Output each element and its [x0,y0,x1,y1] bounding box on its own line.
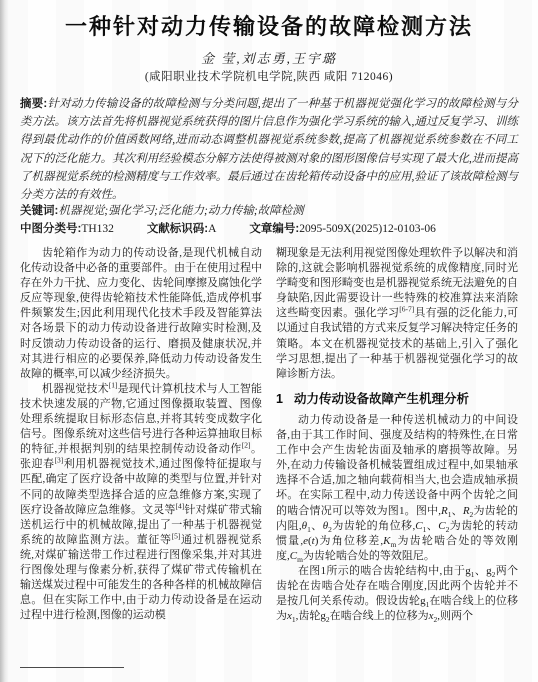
article-id-value: 2095-509X(2025)12-0103-06 [299,223,436,235]
abstract-text: 针对动力传输设备的故障检测与分类问题,提出了一种基于机器视觉强化学习的故障检测与… [20,98,518,201]
abstract-label: 摘要: [20,98,47,110]
footnote-rule [20,667,124,668]
section-1-heading: 1动力传动设备故障产生机理分析 [276,392,518,407]
affiliation-line: (咸阳职业技术学院机电学院,陕西 咸阳 712046) [20,68,518,84]
paragraph-intro: 齿轮箱作为动力的传动设备,是现代机械自动化传动设备中必备的重要部件。由于在使用过… [20,246,262,382]
doc-code-value: A [208,223,216,235]
clc-group: 中图分类号:TH132 [20,223,114,235]
paragraph-blur-continuation: 糊现象是无法利用视觉图像处理软件予以解决和消除的,这就会影响机器视觉系统的成像精… [276,246,518,382]
abstract-block: 摘要:针对动力传输设备的故障检测与分类问题,提出了一种基于机器视觉强化学习的故障… [20,95,518,204]
article-title: 一种针对动力传输设备的故障检测方法 [20,10,518,41]
clc-label: 中图分类号: [20,223,81,235]
article-id-group: 文章编号:2095-509X(2025)12-0103-06 [249,223,436,235]
authors-line: 金 莹,刘志勇,王宇璐 [20,48,518,67]
body-right-column: 糊现象是无法利用视觉图像处理软件予以解决和消除的,这就会影响机器视觉系统的成像精… [276,246,518,668]
keywords-block: 关键词:机器视觉;强化学习;泛化能力;动力传输;故障检测 [20,203,518,220]
paragraph-meshing: 在图1所示的啮合齿轮结构中,由于g1、g2两个齿轮在齿啮合处存在啮合刚度,因此两… [276,564,518,624]
body-left-column: 齿轮箱作为动力的传动设备,是现代机械自动化传动设备中必备的重要部件。由于在使用过… [20,246,262,668]
paper-page: 一种针对动力传输设备的故障检测方法 金 莹,刘志勇,王宇璐 (咸阳职业技术学院机… [0,0,538,682]
keywords-label: 关键词: [20,205,58,217]
paragraph-machine-vision: 机器视觉技术[1]是现代计算机技术与人工智能技术快速发展的产物,它通过图像摄取装… [20,382,262,624]
section-title: 动力传动设备故障产生机理分析 [294,392,469,406]
clc-value: TH132 [81,223,114,235]
article-id-label: 文章编号: [249,223,299,235]
page-edge-shadow [0,0,9,682]
meta-line: 中图分类号:TH132 文献标识码:A 文章编号:2095-509X(2025)… [20,221,518,238]
doc-code-group: 文献标识码:A [147,223,217,235]
keywords-text: 机器视觉;强化学习;泛化能力;动力传输;故障检测 [58,205,303,217]
section-number: 1 [276,392,283,406]
doc-code-label: 文献标识码: [147,223,208,235]
paragraph-mechanism: 动力传动设备是一种传送机械动力的中间设备,由于其工作时间、强度及结构的特殊性,在… [276,413,518,564]
